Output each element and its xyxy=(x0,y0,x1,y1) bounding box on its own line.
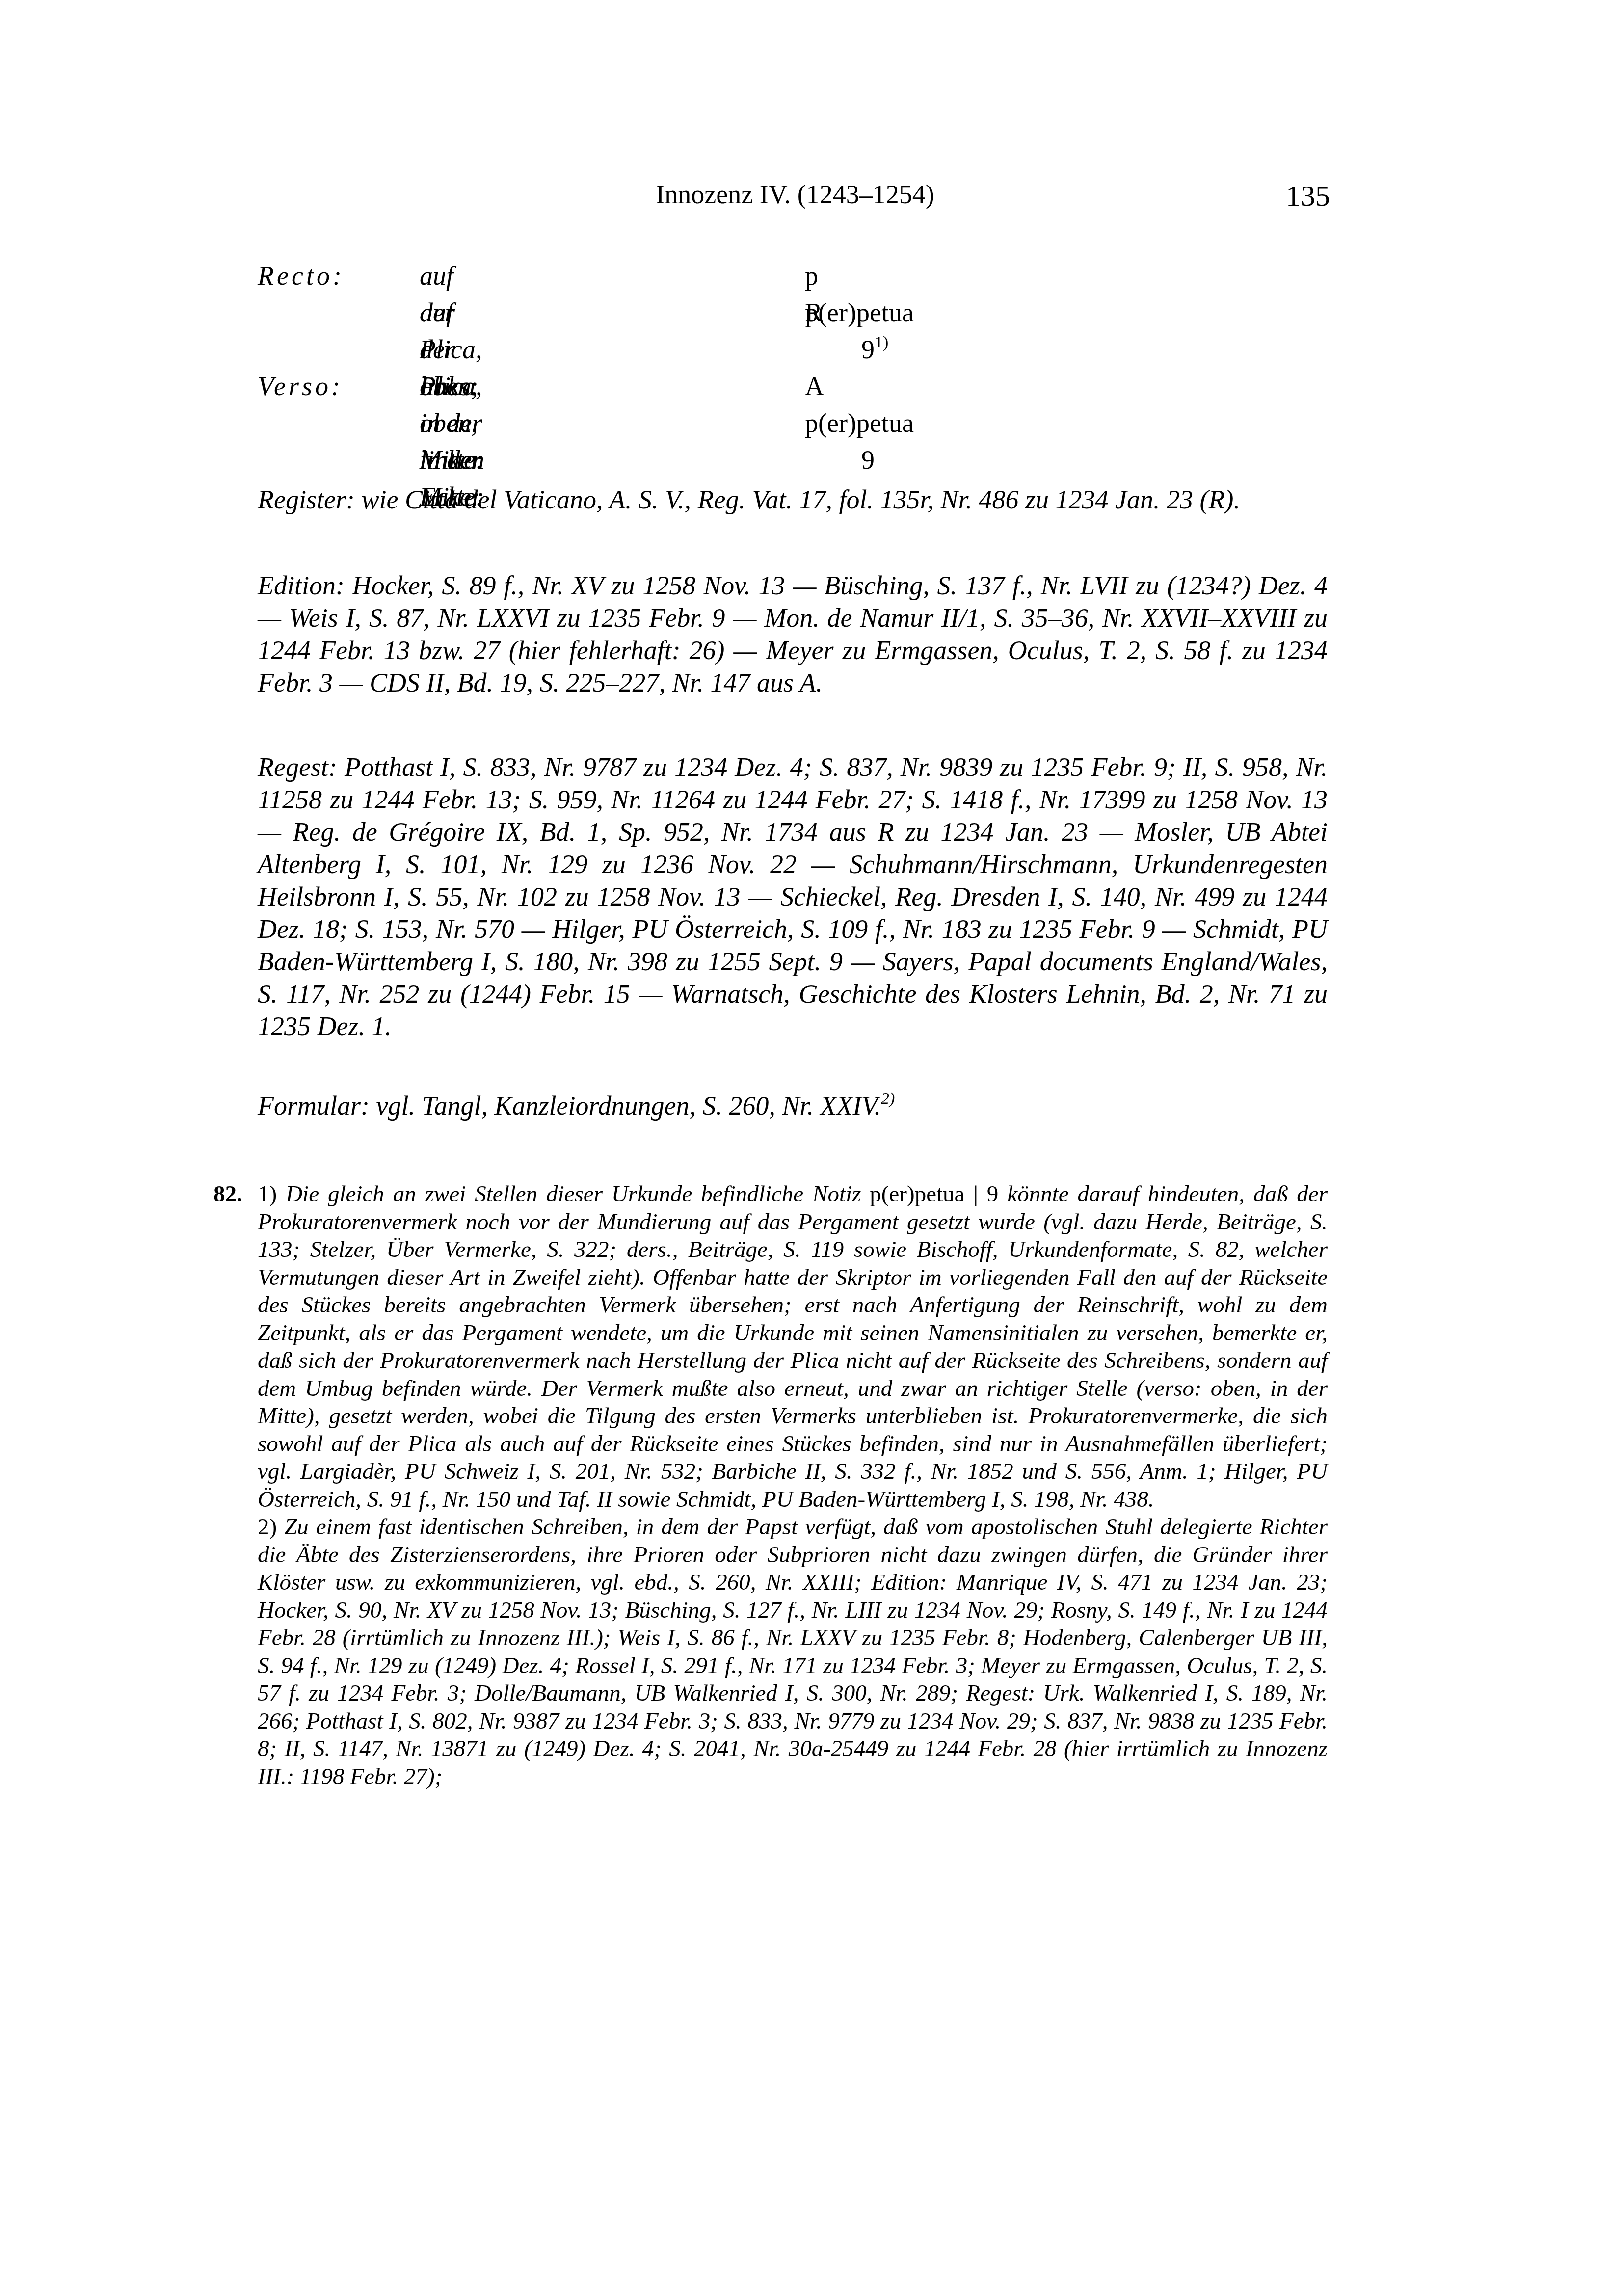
formular-text: Formular: vgl. Tangl, Kanzleiordnungen, … xyxy=(258,1091,881,1121)
page-number: 135 xyxy=(1286,179,1330,213)
footnote-label: 1) xyxy=(258,1181,277,1207)
mark-value: 91) xyxy=(861,331,888,368)
mark-value-text: 9 xyxy=(861,335,875,364)
document-page: Innozenz IV. (1243–1254) 135 Recto: auf … xyxy=(0,0,1623,2296)
edition-paragraph: Edition: Hocker, S. 89 f., Nr. XV zu 125… xyxy=(258,569,1328,699)
regest-paragraph: Regest: Potthast I, S. 833, Nr. 9787 zu … xyxy=(258,751,1328,1042)
footnote-text: Die gleich an zwei Stellen dieser Urkund… xyxy=(286,1181,861,1207)
footnote-ref[interactable]: 2) xyxy=(881,1090,895,1108)
footnote-body: 1) Die gleich an zwei Stellen dieser Urk… xyxy=(258,1180,1328,1790)
footnote-1: 1) Die gleich an zwei Stellen dieser Urk… xyxy=(258,1180,1328,1513)
running-title: Innozenz IV. (1243–1254) xyxy=(260,179,1330,210)
mark-value: 9 xyxy=(861,442,875,479)
mark-side-label: Recto: xyxy=(258,258,345,294)
footnote-2: 2) Zu einem fast identischen Schreiben, … xyxy=(258,1513,1328,1790)
mark-value: p(er)petua xyxy=(805,294,914,331)
footnote-text: könnte darauf hindeuten, daß der Prokura… xyxy=(258,1181,1328,1512)
running-head: Innozenz IV. (1243–1254) 135 xyxy=(260,179,1330,218)
mark-value: p(er)petua xyxy=(805,405,914,442)
formular-paragraph: Formular: vgl. Tangl, Kanzleiordnungen, … xyxy=(258,1090,1328,1122)
footnote-label: 2) xyxy=(258,1514,277,1540)
footnote-entry-number: 82. xyxy=(213,1180,242,1208)
footnotes: 82. 1) Die gleich an zwei Stellen dieser… xyxy=(213,1180,1328,1790)
footnote-ref[interactable]: 1) xyxy=(875,333,888,351)
mark-value: A xyxy=(805,368,824,405)
mark-citation: p(er)petua | 9 xyxy=(870,1181,998,1207)
mark-side-label: Verso: xyxy=(258,368,343,405)
footnote-text: Zu einem fast identischen Schreiben, in … xyxy=(258,1514,1328,1789)
register-paragraph: Register: wie Città del Vaticano, A. S. … xyxy=(258,483,1328,516)
